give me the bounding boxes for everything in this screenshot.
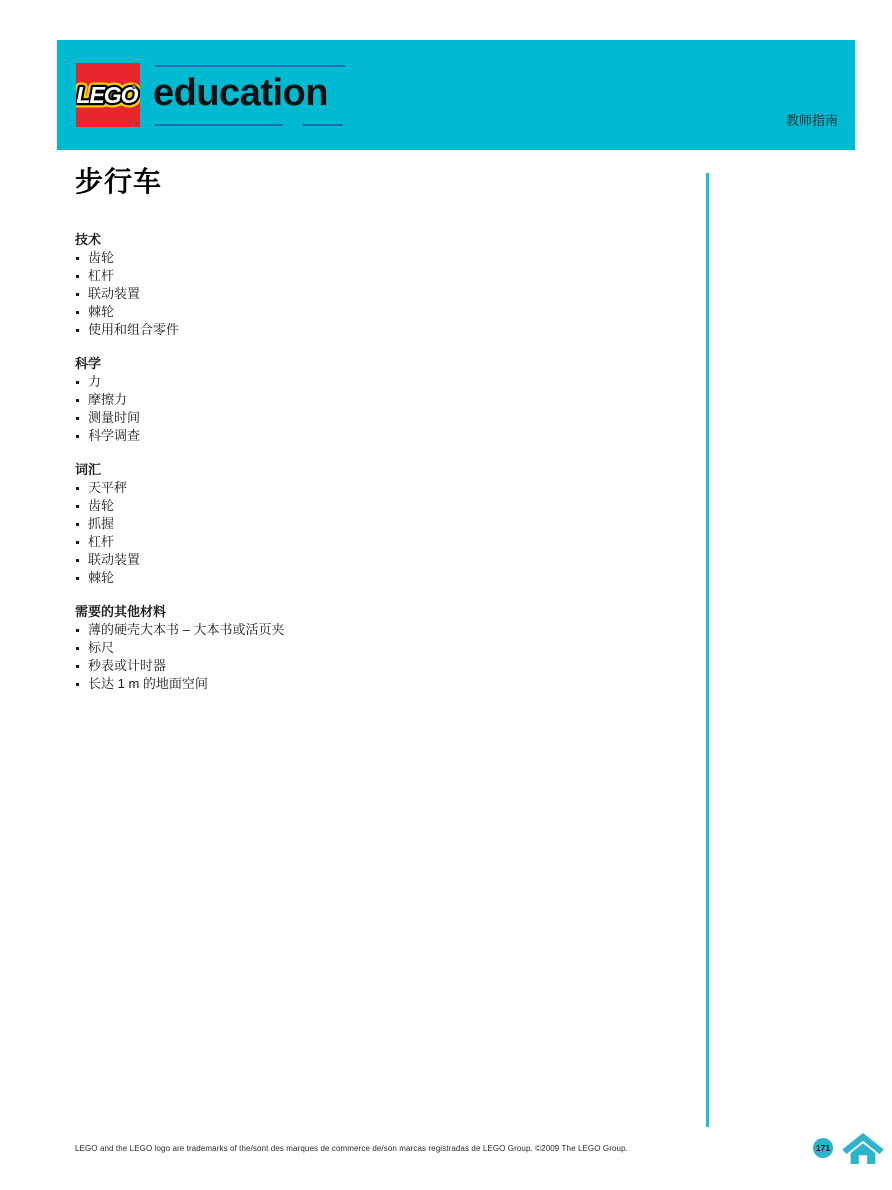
section-vocabulary: 词汇 天平秤 齿轮 抓握 杠杆 联动装置 棘轮 (75, 461, 675, 587)
list-item: 标尺 (75, 639, 675, 657)
list-item: 杠杆 (75, 533, 675, 551)
list-item: 薄的硬壳大本书 – 大本书或活页夹 (75, 621, 675, 639)
section-heading: 需要的其他材料 (75, 603, 675, 621)
page-number-badge: 171 (813, 1138, 833, 1158)
page-title: 步行车 (75, 167, 162, 197)
section-heading: 技术 (75, 231, 675, 249)
header-corner-label: 教师指南 (786, 114, 838, 128)
brand-rule-bottom-right (302, 124, 343, 126)
section-list: 天平秤 齿轮 抓握 杠杆 联动装置 棘轮 (75, 479, 675, 587)
list-item: 长达 1 m 的地面空间 (75, 675, 675, 693)
list-item: 齿轮 (75, 497, 675, 515)
page-number: 171 (816, 1143, 830, 1153)
list-item: 力 (75, 373, 675, 391)
home-icon (842, 1133, 884, 1164)
section-technology: 技术 齿轮 杠杆 联动装置 棘轮 使用和组合零件 (75, 231, 675, 339)
section-list: 力 摩擦力 测量时间 科学调查 (75, 373, 675, 445)
list-item: 摩擦力 (75, 391, 675, 409)
brand-wordmark: education (153, 74, 328, 112)
section-science: 科学 力 摩擦力 测量时间 科学调查 (75, 355, 675, 445)
list-item: 棘轮 (75, 569, 675, 587)
list-item: 秒表或计时器 (75, 657, 675, 675)
list-item: 齿轮 (75, 249, 675, 267)
home-button[interactable] (842, 1133, 884, 1164)
section-heading: 词汇 (75, 461, 675, 479)
registered-mark: ® (132, 84, 137, 91)
lego-logo: LEGO LEGO LEGO ® (76, 63, 140, 127)
content-divider (706, 173, 709, 1127)
list-item: 测量时间 (75, 409, 675, 427)
section-heading: 科学 (75, 355, 675, 373)
section-list: 薄的硬壳大本书 – 大本书或活页夹 标尺 秒表或计时器 长达 1 m 的地面空间 (75, 621, 675, 693)
footer-legal: LEGO and the LEGO logo are trademarks of… (75, 1144, 628, 1153)
lego-wordmark: LEGO (76, 82, 138, 108)
list-item: 联动装置 (75, 285, 675, 303)
list-item: 抓握 (75, 515, 675, 533)
section-list: 齿轮 杠杆 联动装置 棘轮 使用和组合零件 (75, 249, 675, 339)
list-item: 联动装置 (75, 551, 675, 569)
brand-rule-top (155, 65, 345, 67)
section-other-materials: 需要的其他材料 薄的硬壳大本书 – 大本书或活页夹 标尺 秒表或计时器 长达 1… (75, 603, 675, 693)
page: LEGO LEGO LEGO ® education 教师指南 步行车 技术 齿… (0, 0, 892, 1190)
list-item: 科学调查 (75, 427, 675, 445)
lego-logo-icon: LEGO LEGO LEGO ® (76, 63, 140, 127)
list-item: 杠杆 (75, 267, 675, 285)
list-item: 使用和组合零件 (75, 321, 675, 339)
list-item: 天平秤 (75, 479, 675, 497)
header-banner: LEGO LEGO LEGO ® education 教师指南 (57, 40, 855, 150)
list-item: 棘轮 (75, 303, 675, 321)
brand-rule-bottom-left (155, 124, 283, 126)
content-area: 技术 齿轮 杠杆 联动装置 棘轮 使用和组合零件 科学 力 摩擦力 测量时间 科… (75, 231, 675, 709)
